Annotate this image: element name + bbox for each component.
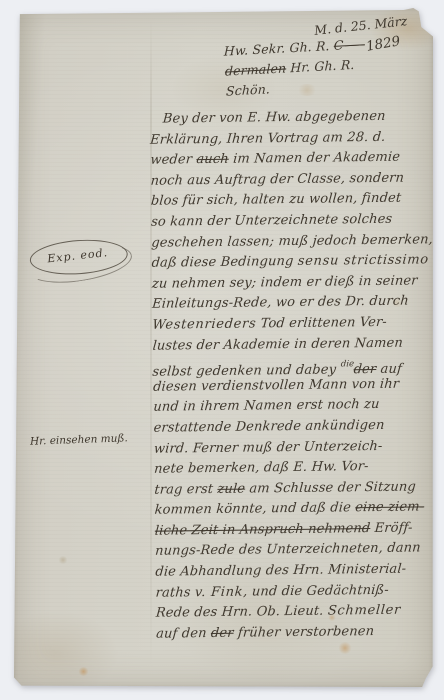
handwritten-text: noch aus Auftrag der Classe, sondern [150, 170, 405, 188]
handwritten-text: und in ihrem Namen erst noch zu [153, 397, 380, 415]
handwritten-text: Schön. [226, 81, 271, 98]
handwritten-text: blos für sich, halten zu wollen, findet [150, 191, 402, 209]
handwritten-text: Schmeller [327, 603, 401, 619]
manuscript-line: Bey der von E. Hw. abgegebenen [149, 106, 431, 130]
handwritten-text: Bey der von E. Hw. abgegebenen [162, 109, 386, 127]
handwritten-text: früher verstorbenen [233, 624, 375, 641]
handwritten-text: Einleitungs-Rede, wo er des Dr. durch [152, 294, 410, 312]
handwritten-text: lustes der Akademie in deren Namen [152, 335, 403, 353]
body-text: Bey der von E. Hw. abgegebenenErklärung,… [149, 106, 436, 645]
registry-stamp: Exp. eod. [28, 233, 132, 285]
handwritten-text: trag erst [154, 482, 218, 498]
handwritten-text: Rede des Hrn. Ob. Lieut. [155, 604, 328, 621]
struck-text: auch [196, 152, 230, 167]
manuscript-line: auf den der früher verstorbenen [155, 621, 437, 645]
struck-text: zule [217, 481, 246, 496]
handwritten-text: nungs-Rede des Unterzeichneten, dann [155, 541, 422, 559]
handwritten-text: geschehen lassen; muß jedoch bemerken, [151, 232, 434, 250]
handwritten-text: zu nehmen sey; indem er dieß in seiner [151, 273, 418, 291]
handwritten-text: Westenrieders [152, 316, 257, 332]
handwritten-text: Eröff- [370, 520, 413, 536]
handwritten-text: nete bemerken, daß E. Hw. Vor- [154, 459, 370, 477]
manuscript-paper: M. d. 25. März 1829 Hw. Sekr. Gh. R. C⸺d… [14, 8, 433, 687]
handwritten-text: v. Fink [194, 584, 244, 600]
inserted-text: die [340, 359, 354, 369]
struck-text: eine ziem- [355, 500, 425, 516]
handwritten-text: wird. Ferner muß der Unterzeich- [153, 438, 383, 456]
handwritten-text: sensu strictissimo [297, 252, 429, 269]
address-block: Hw. Sekr. Gh. R. C⸺dermalen Hr. Gh. R.Sc… [223, 34, 367, 101]
handwritten-text: im Namen der Akademie [228, 150, 400, 167]
handwritten-text: weder [150, 152, 197, 168]
foxing-stain [58, 556, 68, 564]
manuscript-line: die Abhandlung des Hrn. Ministerial- [155, 559, 437, 583]
foxing-stain [78, 667, 89, 676]
manuscript-line: Westenrieders Tod erlittenen Ver- [152, 312, 434, 336]
handwritten-text: Erklärung, Ihren Vortrag am 28. d. [150, 129, 387, 147]
scan-backdrop: M. d. 25. März 1829 Hw. Sekr. Gh. R. C⸺d… [0, 0, 444, 700]
handwritten-text: Tod erlittenen Ver- [256, 315, 388, 332]
handwritten-text: Hw. Sekr. Gh. R. [224, 38, 334, 59]
handwritten-text: raths [155, 585, 195, 600]
handwritten-text: so kann der Unterzeichnete solches [151, 212, 393, 230]
handwritten-text: erstattende Denkrede ankündigen [153, 418, 385, 436]
margin-note: Hr. einsehen muß. [30, 432, 128, 447]
struck-text: dermalen [225, 60, 287, 78]
handwritten-text: diesen verdienstvollen Mann von ihr [153, 376, 400, 394]
handwritten-text: Hr. Gh. R. [286, 57, 355, 76]
manuscript-line: erstattende Denkrede ankündigen [153, 415, 435, 439]
foxing-stain [338, 642, 352, 654]
manuscript-line: so kann der Unterzeichnete solches [150, 209, 432, 233]
handwritten-text: am Schlusse der Sitzung [245, 479, 417, 496]
handwritten-text: kommen könnte, und daß die [154, 501, 356, 518]
handwritten-text: die Abhandlung des Hrn. Ministerial- [155, 562, 407, 580]
handwritten-text: auf den [156, 626, 212, 642]
struck-text: der [210, 626, 234, 641]
date-year: 1829 [365, 33, 402, 55]
handwritten-text: , und die Gedächtniß- [243, 582, 390, 599]
handwritten-text: daß diese Bedingung [151, 254, 298, 271]
struck-text: C⸺ [334, 36, 365, 53]
struck-text: liche Zeit in Anspruch nehmend [154, 521, 371, 539]
